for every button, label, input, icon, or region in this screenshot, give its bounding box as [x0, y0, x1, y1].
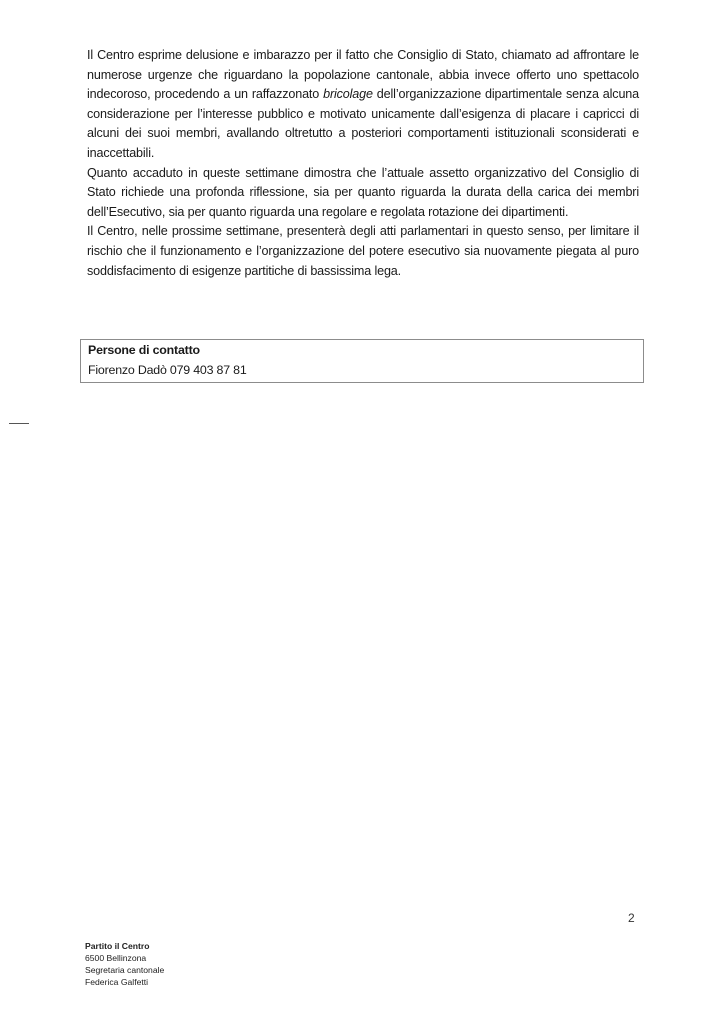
paragraph-1-italic-term: bricolage [323, 87, 373, 101]
footer-organization: Partito il Centro [85, 940, 164, 952]
paragraph-3: Il Centro, nelle prossime settimane, pre… [87, 222, 639, 281]
paragraph-3-text: Il Centro, nelle prossime settimane, pre… [87, 224, 639, 277]
paragraph-1: Il Centro esprime delusione e imbarazzo … [87, 46, 639, 164]
footer-person: Federica Galfetti [85, 976, 164, 988]
footer-address: 6500 Bellinzona [85, 952, 164, 964]
contact-box: Persone di contatto Fiorenzo Dadò 079 40… [80, 339, 644, 383]
margin-fold-mark [9, 423, 29, 424]
footer-department: Segretaria cantonale [85, 964, 164, 976]
contact-person-line: Fiorenzo Dadò 079 403 87 81 [88, 363, 247, 377]
page-number: 2 [628, 911, 635, 925]
document-page: Il Centro esprime delusione e imbarazzo … [0, 0, 724, 1024]
paragraph-2-text: Quanto accaduto in queste settimane dimo… [87, 166, 639, 219]
body-text: Il Centro esprime delusione e imbarazzo … [87, 46, 639, 281]
contact-box-title: Persone di contatto [88, 343, 200, 357]
paragraph-2: Quanto accaduto in queste settimane dimo… [87, 164, 639, 223]
footer: Partito il Centro 6500 Bellinzona Segret… [85, 940, 164, 988]
